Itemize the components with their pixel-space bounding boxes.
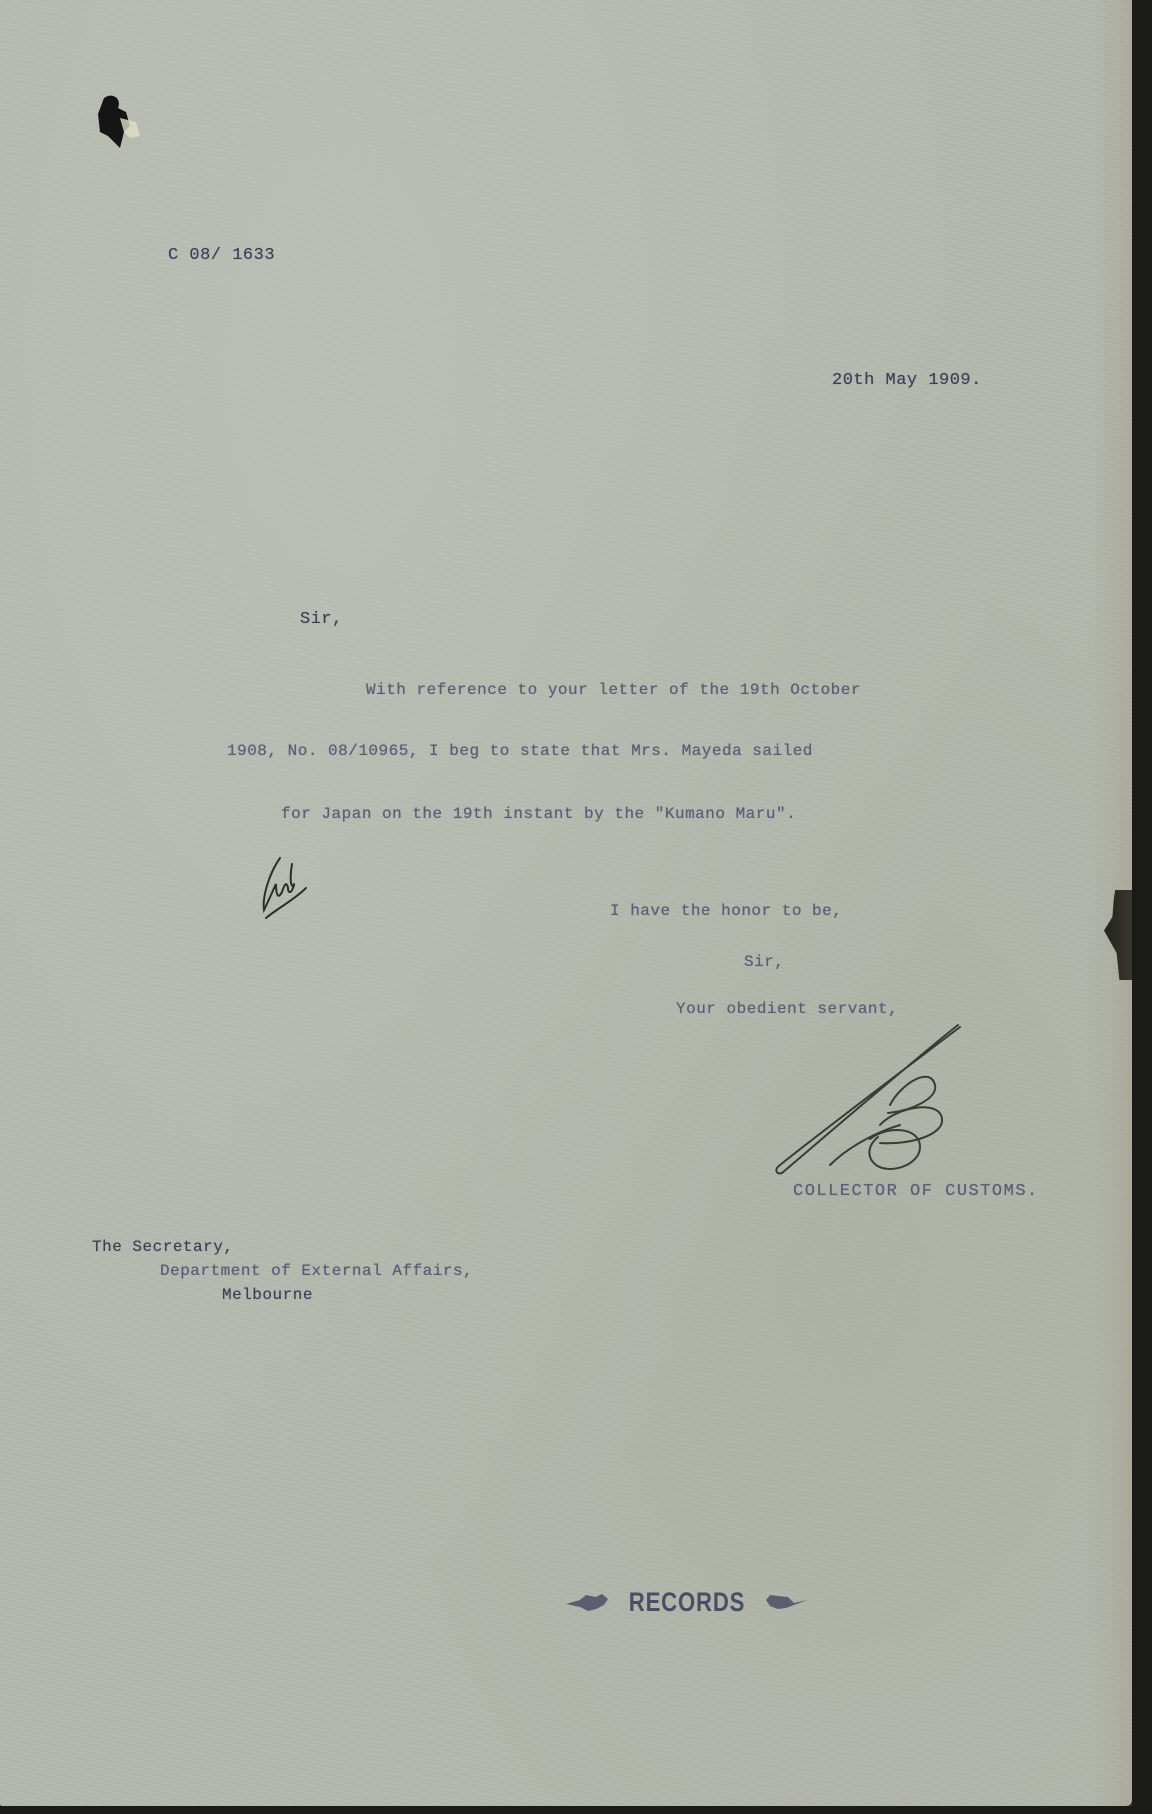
closing-line-2: Sir, [744,953,784,971]
signatory-title: COLLECTOR OF CUSTOMS. [793,1182,1039,1201]
torn-edge [1104,890,1132,980]
handwritten-signature-icon [770,1015,970,1175]
letter-page: C 08/ 1633 20th May 1909. Sir, With refe… [0,0,1132,1806]
letter-date: 20th May 1909. [832,371,982,390]
addressee-line-2: Department of External Affairs, [160,1262,473,1280]
salutation: Sir, [300,610,343,629]
addressee-line-1: The Secretary, [92,1238,233,1256]
body-line-1: With reference to your letter of the 19t… [366,681,861,699]
body-line-3: for Japan on the 19th instant by the "Ku… [281,805,796,823]
stamp-ornament-left-icon [566,1591,610,1613]
addressee-line-3: Melbourne [222,1286,313,1304]
body-line-2: 1908, No. 08/10965, I beg to state that … [227,742,813,760]
stamp-ornament-right-icon [764,1591,808,1613]
closing-line-1: I have the honor to be, [610,902,842,920]
records-stamp: RECORDS [566,1582,808,1622]
punch-hole-mark-icon [86,92,146,156]
handwritten-initials-icon [258,848,338,928]
reference-number: C 08/ 1633 [168,246,275,265]
stamp-text: RECORDS [629,1587,745,1618]
